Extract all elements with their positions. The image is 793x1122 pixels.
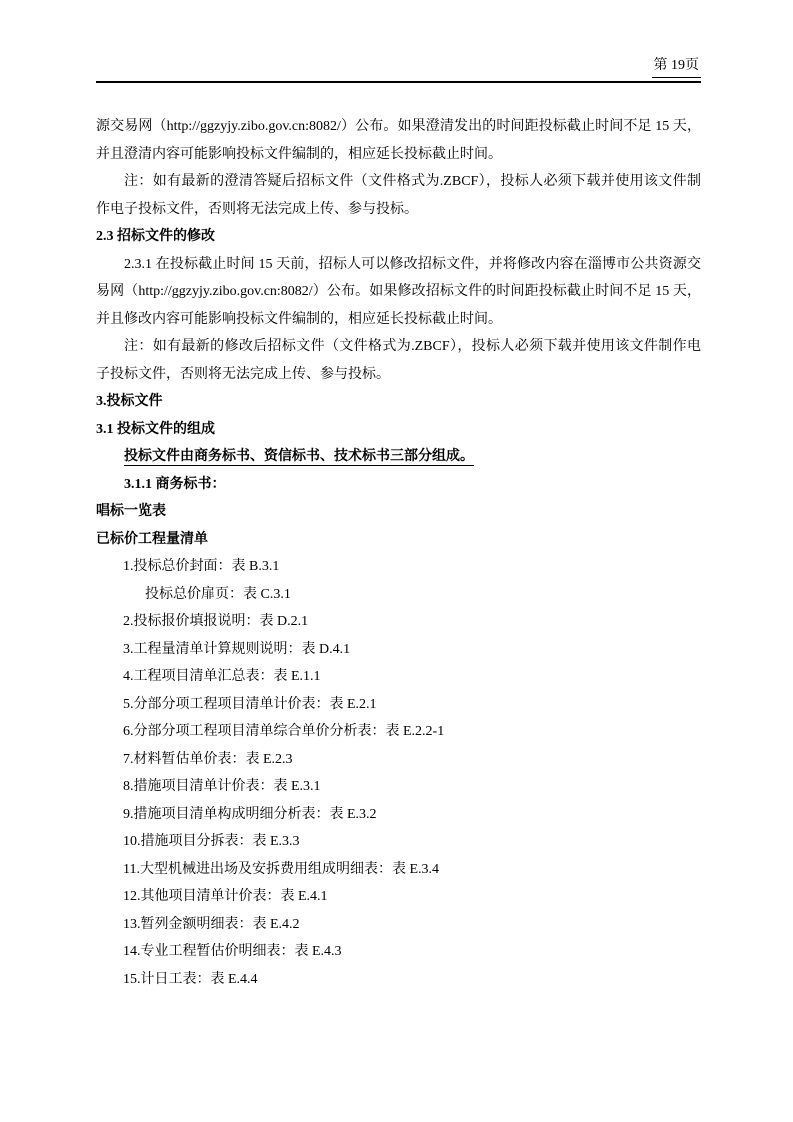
list-item-5: 5.分部分项工程项目清单计价表：表 E.2.1 xyxy=(123,691,701,719)
heading-2-3-modification: 2.3 招标文件的修改 xyxy=(96,223,701,251)
para-clarification-continued: 源交易网（http://ggzyjy.zibo.gov.cn:8082/）公布。… xyxy=(96,113,701,168)
document-page: 第 19页 源交易网（http://ggzyjy.zibo.gov.cn:808… xyxy=(0,0,793,1122)
page-number: 第 19页 xyxy=(652,56,702,78)
list-item-2: 2.投标报价填报说明：表 D.2.1 xyxy=(123,608,701,636)
list-item-1: 1.投标总价封面：表 B.3.1 xyxy=(123,553,701,581)
sentence-bid-doc-composition: 投标文件由商务标书、资信标书、技术标书三部分组成。 xyxy=(124,443,701,471)
heading-priced-boq: 已标价工程量清单 xyxy=(96,526,701,554)
list-item-6: 6.分部分项工程项目清单综合单价分析表：表 E.2.2-1 xyxy=(123,718,701,746)
page-content: 第 19页 源交易网（http://ggzyjy.zibo.gov.cn:808… xyxy=(96,56,701,993)
list-item-8: 8.措施项目清单计价表：表 E.3.1 xyxy=(123,773,701,801)
list-subitem-1a: 投标总价扉页：表 C.3.1 xyxy=(145,581,701,609)
list-item-14: 14.专业工程暂估价明细表：表 E.4.3 xyxy=(123,938,701,966)
document-body: 源交易网（http://ggzyjy.zibo.gov.cn:8082/）公布。… xyxy=(96,113,701,993)
heading-3-1-composition: 3.1 投标文件的组成 xyxy=(96,416,701,444)
heading-bid-opening-table: 唱标一览表 xyxy=(96,498,701,526)
underlined-text: 投标文件由商务标书、资信标书、技术标书三部分组成。 xyxy=(124,449,474,466)
heading-3-bid-documents: 3.投标文件 xyxy=(96,388,701,416)
list-item-4: 4.工程项目清单汇总表：表 E.1.1 xyxy=(123,663,701,691)
page-header: 第 19页 xyxy=(96,56,701,83)
list-item-7: 7.材料暂估单价表：表 E.2.3 xyxy=(123,746,701,774)
list-item-12: 12.其他项目清单计价表：表 E.4.1 xyxy=(123,883,701,911)
list-item-15: 15.计日工表：表 E.4.4 xyxy=(123,966,701,994)
list-item-3: 3.工程量清单计算规则说明：表 D.4.1 xyxy=(123,636,701,664)
list-item-13: 13.暂列金额明细表：表 E.4.2 xyxy=(123,911,701,939)
para-note-modified-file: 注：如有最新的修改后招标文件（文件格式为.ZBCF），投标人必须下载并使用该文件… xyxy=(96,333,701,388)
para-2-3-1-modification-rule: 2.3.1 在投标截止时间 15 天前，招标人可以修改招标文件，并将修改内容在淄… xyxy=(96,251,701,334)
heading-3-1-1-commercial-bid: 3.1.1 商务标书： xyxy=(124,471,701,499)
para-note-clarified-file: 注：如有最新的澄清答疑后招标文件（文件格式为.ZBCF），投标人必须下载并使用该… xyxy=(96,168,701,223)
list-item-10: 10.措施项目分拆表：表 E.3.3 xyxy=(123,828,701,856)
list-item-11: 11.大型机械进出场及安拆费用组成明细表：表 E.3.4 xyxy=(123,856,701,884)
list-item-9: 9.措施项目清单构成明细分析表：表 E.3.2 xyxy=(123,801,701,829)
